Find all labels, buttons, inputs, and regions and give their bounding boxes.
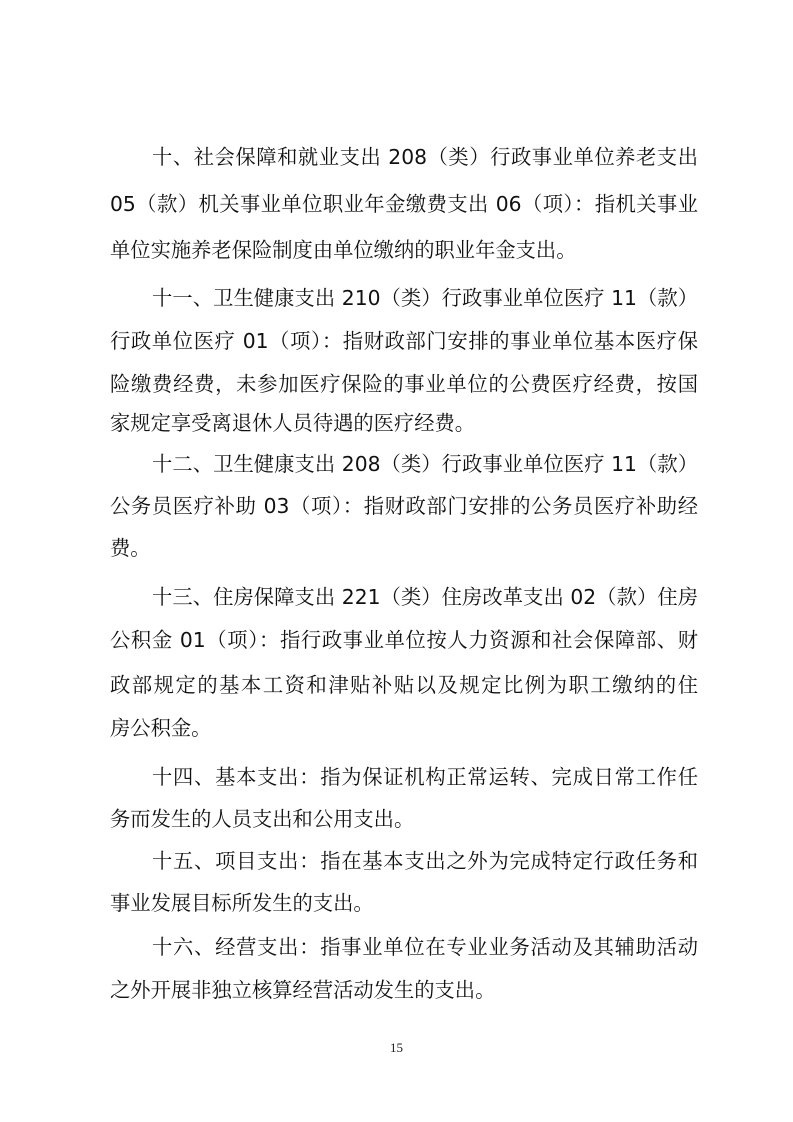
paragraph-line: 家规定享受离退休人员待遇的医疗经费。 [110,408,698,438]
paragraph-line: 事业发展目标所发生的支出。 [110,888,698,918]
paragraph-line: 十一、卫生健康支出 210（类）行政事业单位医疗 11（款） [152,283,698,313]
paragraph-line: 十三、住房保障支出 221（类）住房改革支出 02（款）住房 [152,582,698,612]
paragraph-line: 公务员医疗补助 03（项）：指财政部门安排的公务员医疗补助经 [110,491,698,521]
paragraph-line: 十六、经营支出：指事业单位在专业业务活动及其辅助活动 [152,932,698,962]
paragraph-line: 房公积金。 [110,713,698,743]
paragraph-line: 务而发生的人员支出和公用支出。 [110,804,698,834]
paragraph-line: 十二、卫生健康支出 208（类）行政事业单位医疗 11（款） [152,449,698,479]
page-number: 15 [0,1040,793,1056]
paragraph-line: 政部规定的基本工资和津贴补贴以及规定比例为职工缴纳的住 [110,670,698,700]
paragraph-line: 费。 [110,533,698,563]
paragraph-line: 险缴费经费，未参加医疗保险的事业单位的公费医疗经费，按国 [110,369,698,399]
paragraph-line: 十四、基本支出：指为保证机构正常运转、完成日常工作任 [152,762,698,792]
paragraph-line: 之外开展非独立核算经营活动发生的支出。 [110,975,698,1005]
paragraph-line: 公积金 01（项）：指行政事业单位按人力资源和社会保障部、财 [110,625,698,655]
paragraph-line: 单位实施养老保险制度由单位缴纳的职业年金支出。 [110,235,698,265]
paragraph-line: 行政单位医疗 01（项）：指财政部门安排的事业单位基本医疗保 [110,326,698,356]
paragraph-line: 十、社会保障和就业支出 208（类）行政事业单位养老支出 [152,142,698,172]
paragraph-line: 十五、项目支出：指在基本支出之外为完成特定行政任务和 [152,846,698,876]
paragraph-line: 05（款）机关事业单位职业年金缴费支出 06（项）：指机关事业 [110,189,698,219]
